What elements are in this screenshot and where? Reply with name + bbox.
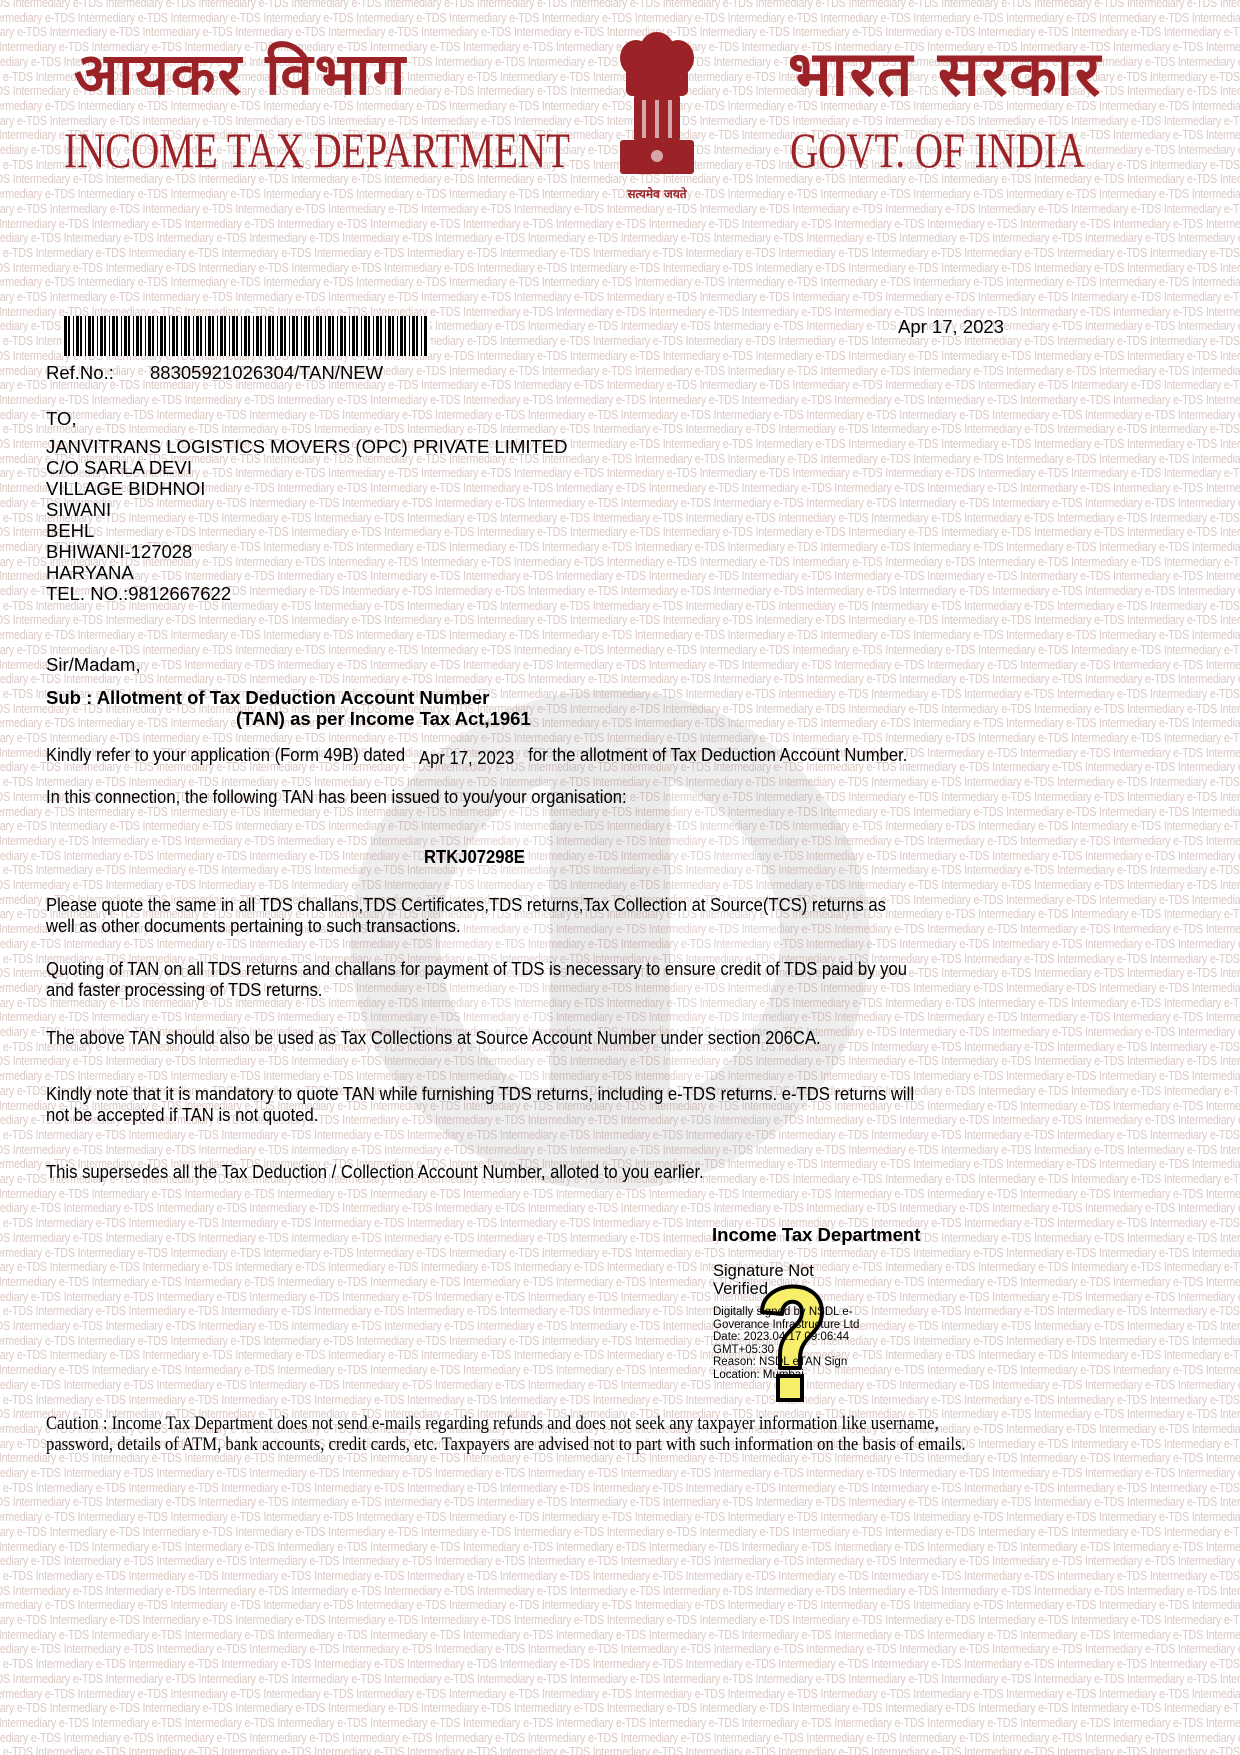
watermark-line: e-TDS Intermediary e-TDS Intermediary e-… bbox=[0, 613, 1240, 627]
national-emblem-icon: सत्यमेव जयते bbox=[612, 28, 702, 198]
address-line: BHIWANI-127028 bbox=[46, 541, 568, 562]
watermark-line: e-TDS Intermediary e-TDS Intermediary e-… bbox=[0, 422, 1240, 436]
header-right-english: GOVT. OF INDIA bbox=[790, 124, 1085, 176]
ref-label: Ref.No.: bbox=[46, 362, 114, 383]
signature-status: Signature Not Verified bbox=[713, 1262, 814, 1298]
emblem-motto: सत्यमेव जयते bbox=[612, 185, 702, 202]
watermark-line: e-TDS Intermediary e-TDS Intermediary e-… bbox=[0, 1687, 1240, 1701]
header-left-english: INCOME TAX DEPARTMENT bbox=[64, 124, 570, 176]
address-line: SIWANI bbox=[46, 499, 568, 520]
watermark-line: e-TDS Intermediary e-TDS Intermediary e-… bbox=[0, 1304, 1240, 1318]
watermark-line: e-TDS Intermediary e-TDS Intermediary e-… bbox=[0, 1731, 1240, 1745]
signature-detail: Goverance Infrastructure Ltd bbox=[713, 1319, 859, 1332]
watermark-line: e-TDS Intermediary e-TDS Intermediary e-… bbox=[0, 1348, 1240, 1362]
watermark-line: e-TDS Intermediary e-TDS Intermediary e-… bbox=[0, 1378, 1240, 1392]
header: आयकर विभाग INCOME TAX DEPARTMENT सत्यमेव… bbox=[0, 0, 1240, 200]
signature-detail: Reason: NSDL eTAN Sign bbox=[713, 1356, 859, 1369]
paragraph-supersedes: This supersedes all the Tax Deduction / … bbox=[46, 1161, 704, 1182]
watermark-line: e-TDS Intermediary e-TDS Intermediary e-… bbox=[0, 1334, 1240, 1348]
signature-detail: GMT+05:30 bbox=[713, 1344, 859, 1357]
watermark-line: e-TDS Intermediary e-TDS Intermediary e-… bbox=[0, 1290, 1240, 1304]
watermark-line: e-TDS Intermediary e-TDS Intermediary e-… bbox=[0, 231, 1240, 245]
watermark-line: e-TDS Intermediary e-TDS Intermediary e-… bbox=[0, 1745, 1240, 1755]
watermark-line: e-TDS Intermediary e-TDS Intermediary e-… bbox=[0, 1701, 1240, 1715]
address-line: JANVITRANS LOGISTICS MOVERS (OPC) PRIVAT… bbox=[46, 436, 568, 457]
para3-line2: well as other documents pertaining to su… bbox=[46, 915, 886, 936]
watermark-line: e-TDS Intermediary e-TDS Intermediary e-… bbox=[0, 1716, 1240, 1730]
address-line: BEHL bbox=[46, 520, 568, 541]
watermark-line: e-TDS Intermediary e-TDS Intermediary e-… bbox=[0, 1657, 1240, 1671]
paragraph-connection: In this connection, the following TAN ha… bbox=[46, 786, 627, 807]
para6-line2: not be accepted if TAN is not quoted. bbox=[46, 1104, 914, 1125]
watermark-line: e-TDS Intermediary e-TDS Intermediary e-… bbox=[0, 1495, 1240, 1509]
watermark-line: e-TDS Intermediary e-TDS Intermediary e-… bbox=[0, 1393, 1240, 1407]
para4-line2: and faster processing of TDS returns. bbox=[46, 979, 907, 1000]
address-line: VILLAGE BIDHNOI bbox=[46, 478, 568, 499]
greeting: Sir/Madam, bbox=[46, 654, 141, 675]
para4-line1: Quoting of TAN on all TDS returns and ch… bbox=[46, 958, 907, 979]
address-line: HARYANA bbox=[46, 562, 568, 583]
watermark-line: e-TDS Intermediary e-TDS Intermediary e-… bbox=[0, 275, 1240, 289]
para6-line1: Kindly note that it is mandatory to quot… bbox=[46, 1083, 914, 1104]
watermark-line: e-TDS Intermediary e-TDS Intermediary e-… bbox=[0, 261, 1240, 275]
para1-post: for the allotment of Tax Deduction Accou… bbox=[528, 744, 907, 765]
signature-details: Digitally signed by NSDL e- Goverance In… bbox=[713, 1306, 859, 1381]
signature-status-line1: Signature Not bbox=[713, 1262, 814, 1280]
watermark-line: e-TDS Intermediary e-TDS Intermediary e-… bbox=[0, 393, 1240, 407]
signature-issuer: Income Tax Department bbox=[712, 1224, 920, 1245]
watermark-line: e-TDS Intermediary e-TDS Intermediary e-… bbox=[0, 290, 1240, 304]
signature-detail: Digitally signed by NSDL e- bbox=[713, 1306, 859, 1319]
header-left-hindi: आयकर विभाग bbox=[74, 44, 407, 104]
address-to: TO, bbox=[46, 408, 77, 429]
paragraph-quoting: Quoting of TAN on all TDS returns and ch… bbox=[46, 958, 907, 1000]
subject-line-2: (TAN) as per Income Tax Act,1961 bbox=[236, 708, 531, 729]
signature-status-line2: Verified bbox=[713, 1280, 814, 1298]
watermark-line: e-TDS Intermediary e-TDS Intermediary e-… bbox=[0, 1231, 1240, 1245]
watermark-line: e-TDS Intermediary e-TDS Intermediary e-… bbox=[0, 1540, 1240, 1554]
barcode-icon bbox=[62, 316, 430, 356]
watermark-line: e-TDS Intermediary e-TDS Intermediary e-… bbox=[0, 1672, 1240, 1686]
address-block: JANVITRANS LOGISTICS MOVERS (OPC) PRIVAT… bbox=[46, 436, 568, 604]
ref-number: 88305921026304/TAN/NEW bbox=[150, 362, 383, 383]
subject-line-1: Sub : Allotment of Tax Deduction Account… bbox=[46, 687, 489, 708]
watermark-line: e-TDS Intermediary e-TDS Intermediary e-… bbox=[0, 217, 1240, 231]
caution-notice: Caution : Income Tax Department does not… bbox=[46, 1414, 966, 1456]
watermark-line: e-TDS Intermediary e-TDS Intermediary e-… bbox=[0, 1260, 1240, 1274]
paragraph-quote: Please quote the same in all TDS challan… bbox=[46, 894, 886, 936]
para1-date: Apr 17, 2023 bbox=[419, 747, 514, 768]
paragraph-206ca: The above TAN should also be used as Tax… bbox=[46, 1027, 821, 1048]
watermark-line: e-TDS Intermediary e-TDS Intermediary e-… bbox=[0, 1466, 1240, 1480]
watermark-line: e-TDS Intermediary e-TDS Intermediary e-… bbox=[0, 202, 1240, 216]
para1-pre: Kindly refer to your application (Form 4… bbox=[46, 744, 405, 765]
paragraph-application: Kindly refer to your application (Form 4… bbox=[46, 744, 907, 765]
signature-detail: Location: Mumbai bbox=[713, 1369, 859, 1382]
watermark-line: e-TDS Intermediary e-TDS Intermediary e-… bbox=[0, 1510, 1240, 1524]
tan-number: RTKJ07298E bbox=[424, 846, 525, 867]
watermark-line: e-TDS Intermediary e-TDS Intermediary e-… bbox=[0, 1554, 1240, 1568]
watermark-line: e-TDS Intermediary e-TDS Intermediary e-… bbox=[0, 1481, 1240, 1495]
watermark-line: e-TDS Intermediary e-TDS Intermediary e-… bbox=[0, 1584, 1240, 1598]
letter-date: Apr 17, 2023 bbox=[898, 316, 1004, 337]
watermark-line: e-TDS Intermediary e-TDS Intermediary e-… bbox=[0, 246, 1240, 260]
watermark-line: e-TDS Intermediary e-TDS Intermediary e-… bbox=[0, 1525, 1240, 1539]
address-line: TEL. NO.:9812667622 bbox=[46, 583, 568, 604]
caution-line1: Caution : Income Tax Department does not… bbox=[46, 1414, 966, 1435]
para3-line1: Please quote the same in all TDS challan… bbox=[46, 894, 886, 915]
watermark-line: e-TDS Intermediary e-TDS Intermediary e-… bbox=[0, 1613, 1240, 1627]
address-line: C/O SARLA DEVI bbox=[46, 457, 568, 478]
watermark-line: e-TDS Intermediary e-TDS Intermediary e-… bbox=[0, 1216, 1240, 1230]
watermark-line: e-TDS Intermediary e-TDS Intermediary e-… bbox=[0, 1363, 1240, 1377]
caution-line2: password, details of ATM, bank accounts,… bbox=[46, 1435, 966, 1456]
header-right-hindi: भारत सरकार bbox=[788, 44, 1102, 104]
watermark-line: e-TDS Intermediary e-TDS Intermediary e-… bbox=[0, 1201, 1240, 1215]
watermark-line: e-TDS Intermediary e-TDS Intermediary e-… bbox=[0, 1319, 1240, 1333]
watermark-line: e-TDS Intermediary e-TDS Intermediary e-… bbox=[0, 1569, 1240, 1583]
watermark-line: e-TDS Intermediary e-TDS Intermediary e-… bbox=[0, 1628, 1240, 1642]
watermark-line: e-TDS Intermediary e-TDS Intermediary e-… bbox=[0, 1642, 1240, 1656]
watermark-line: e-TDS Intermediary e-TDS Intermediary e-… bbox=[0, 1246, 1240, 1260]
paragraph-mandatory: Kindly note that it is mandatory to quot… bbox=[46, 1083, 914, 1125]
signature-detail: Date: 2023.04.17 09:06:44 bbox=[713, 1331, 859, 1344]
watermark-line: e-TDS Intermediary e-TDS Intermediary e-… bbox=[0, 408, 1240, 422]
watermark-line: e-TDS Intermediary e-TDS Intermediary e-… bbox=[0, 1598, 1240, 1612]
watermark-line: e-TDS Intermediary e-TDS Intermediary e-… bbox=[0, 1275, 1240, 1289]
